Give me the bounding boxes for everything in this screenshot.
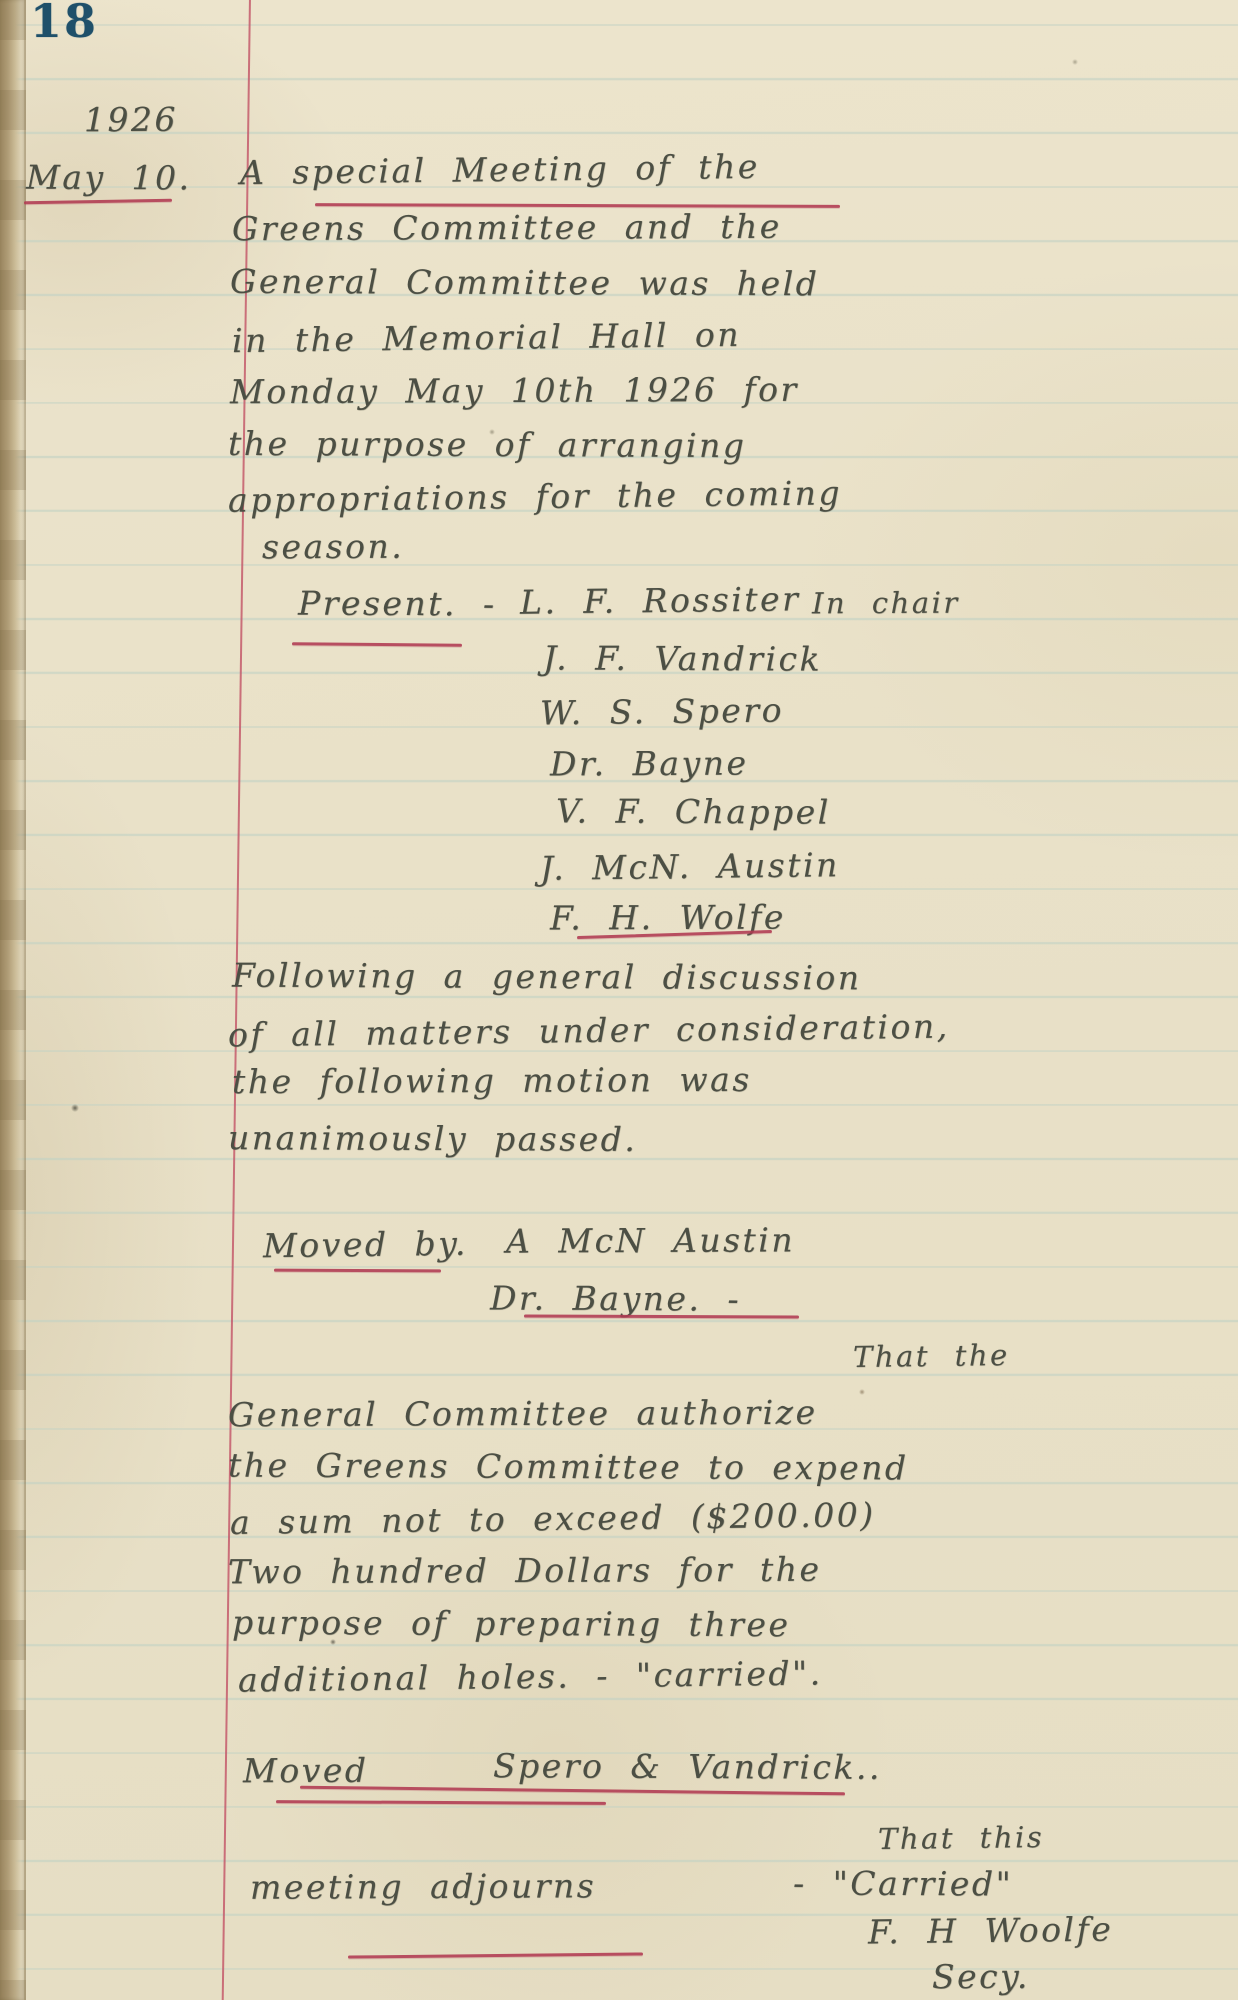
handwritten-line: the Greens Committee to expend <box>228 1446 909 1488</box>
handwritten-line: L. F. Rossiter <box>520 579 801 621</box>
handwritten-line: season. <box>262 527 404 567</box>
handwritten-line: Following a general discussion <box>232 956 862 998</box>
handwritten-line: 1926 <box>84 100 178 139</box>
handwritten-line: That the <box>853 1338 1010 1374</box>
handwritten-line: Moved by. <box>263 1224 468 1265</box>
paper-edge-line <box>24 0 26 2000</box>
handwritten-line: Present. - <box>298 584 497 624</box>
handwritten-line: F. H Woolfe <box>868 1910 1114 1952</box>
handwritten-line: J. McN. Austin <box>540 845 840 888</box>
red-underline <box>274 1269 441 1273</box>
handwritten-line: A McN Austin <box>506 1220 795 1260</box>
handwritten-line: J. F. Vandrick <box>543 638 822 678</box>
red-underline <box>276 1800 606 1805</box>
handwritten-line: General Committee authorize <box>228 1393 818 1435</box>
handwritten-line: May 10. <box>26 158 192 198</box>
handwritten-line: W. S. Spero <box>540 691 784 733</box>
red-underline <box>24 199 172 205</box>
handwritten-line: in the Memorial Hall on <box>232 315 741 360</box>
handwritten-line: Dr. Bayne. - <box>490 1278 741 1318</box>
handwritten-line: V. F. Chappel <box>556 791 831 831</box>
handwritten-line: Two hundred Dollars for the <box>228 1550 822 1592</box>
handwritten-line: the purpose of arranging <box>228 424 747 465</box>
handwritten-line: Moved <box>243 1751 369 1791</box>
handwritten-line: Greens Committee and the <box>232 207 782 248</box>
ledger-page: 18 1926May 10.A special Meeting of theGr… <box>0 0 1238 2000</box>
handwritten-line: Secy. <box>932 1957 1030 1996</box>
handwritten-line: meeting adjourns <box>250 1866 596 1907</box>
red-underline <box>524 1315 799 1319</box>
handwritten-line: purpose of preparing three <box>232 1603 791 1644</box>
page-number: 18 <box>30 0 98 48</box>
handwritten-line: That this <box>878 1820 1045 1856</box>
red-underline <box>348 1952 643 1958</box>
binding-edge <box>0 0 26 2000</box>
handwritten-line: of all matters under consideration, <box>228 1007 950 1055</box>
handwritten-line: General Committee was held <box>230 262 819 304</box>
handwritten-line: Spero & Vandrick.. <box>493 1746 882 1787</box>
handwritten-line: Monday May 10th 1926 for <box>230 370 799 411</box>
handwritten-line: the following motion was <box>232 1060 752 1101</box>
handwritten-line: In chair <box>812 586 960 621</box>
handwritten-line: - "Carried" <box>793 1864 1013 1904</box>
handwritten-line: unanimously passed. <box>228 1118 638 1159</box>
handwritten-line: A special Meeting of the <box>240 147 760 192</box>
red-underline <box>292 642 462 646</box>
handwritten-line: a sum not to exceed ($200.00) <box>230 1495 876 1542</box>
handwritten-line: additional holes. - "carried". <box>238 1653 823 1699</box>
handwritten-line: appropriations for the coming <box>228 473 842 519</box>
red-underline <box>300 1786 845 1796</box>
handwritten-line: Dr. Bayne <box>550 744 749 784</box>
